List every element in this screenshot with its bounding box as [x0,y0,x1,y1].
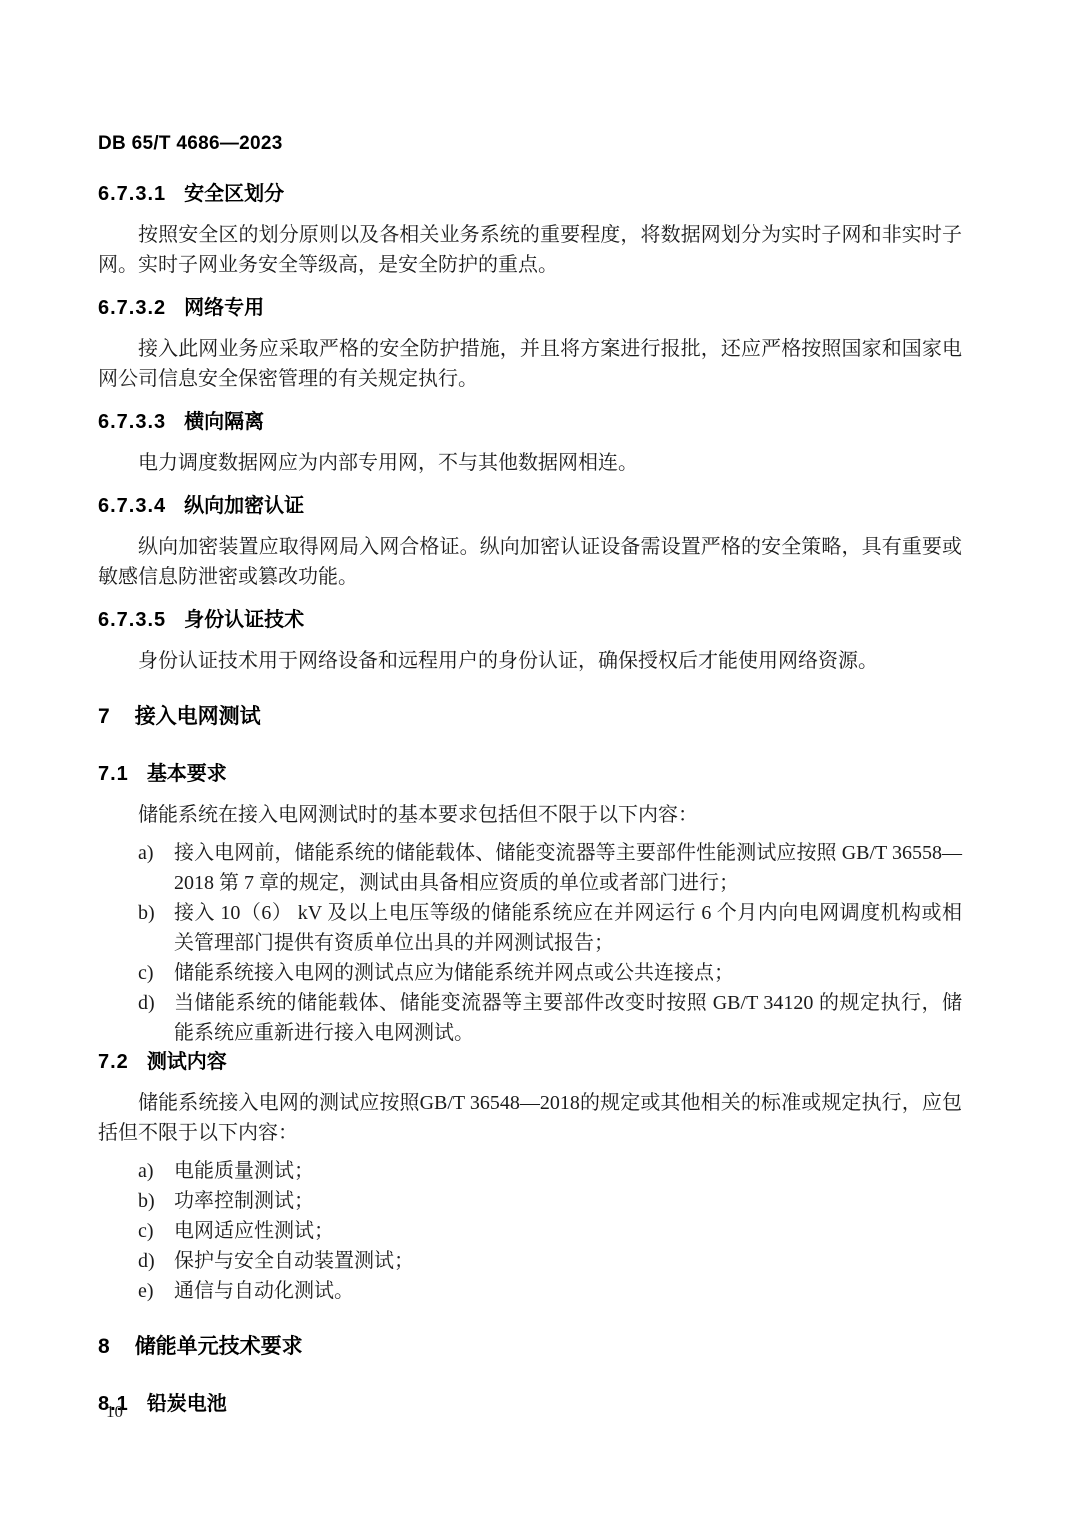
section-paragraph-6-7-3-2: 接入此网业务应采取严格的安全防护措施，并且将方案进行报批，还应严格按照国家和国家… [98,334,962,394]
chapter-title: 储能单元技术要求 [135,1334,303,1360]
section-title: 基本要求 [147,762,227,786]
page-number: 10 [106,1402,123,1422]
list-item-label: e) [138,1276,174,1306]
section-title: 纵向加密认证 [184,494,304,518]
list-item-text: 储能系统接入电网的测试点应为储能系统并网点或公共连接点； [174,958,962,988]
section-title: 横向隔离 [184,410,264,434]
document-header: DB 65/T 4686—2023 [98,132,962,156]
section-intro-7-1: 储能系统在接入电网测试时的基本要求包括但不限于以下内容： [98,800,962,830]
section-heading-6-7-3-3: 6.7.3.3 横向隔离 [98,410,962,434]
section-paragraph-6-7-3-3: 电力调度数据网应为内部专用网，不与其他数据网相连。 [98,448,962,478]
section-paragraph-6-7-3-4: 纵向加密装置应取得网局入网合格证。纵向加密认证设备需设置严格的安全策略，具有重要… [98,532,962,592]
section-number: 6.7.3.4 [98,494,166,518]
list-item-label: b) [138,898,174,958]
list-item-label: a) [138,1156,174,1186]
list-item-text: 当储能系统的储能载体、储能变流器等主要部件改变时按照 GB/T 34120 的规… [174,988,962,1048]
section-number: 7.1 [98,762,129,786]
ordered-list-7-2: a) 电能质量测试； b) 功率控制测试； c) 电网适应性测试； d) 保护与… [138,1156,962,1306]
chapter-title: 接入电网测试 [135,704,261,730]
list-item: d) 当储能系统的储能载体、储能变流器等主要部件改变时按照 GB/T 34120… [138,988,962,1048]
list-item-text: 接入 10（6） kV 及以上电压等级的储能系统应在并网运行 6 个月内向电网调… [174,898,962,958]
list-item-text: 接入电网前，储能系统的储能载体、储能变流器等主要部件性能测试应按照 GB/T 3… [174,838,962,898]
list-item: d) 保护与安全自动装置测试； [138,1246,962,1276]
list-item-text: 功率控制测试； [174,1186,962,1216]
list-item: b) 功率控制测试； [138,1186,962,1216]
section-title: 身份认证技术 [184,608,304,632]
list-item-label: a) [138,838,174,898]
section-heading-6-7-3-1: 6.7.3.1 安全区划分 [98,182,962,206]
ordered-list-7-1: a) 接入电网前，储能系统的储能载体、储能变流器等主要部件性能测试应按照 GB/… [138,838,962,1048]
list-item-label: d) [138,988,174,1048]
section-paragraph-6-7-3-1: 按照安全区的划分原则以及各相关业务系统的重要程度，将数据网划分为实时子网和非实时… [98,220,962,280]
chapter-heading-8: 8 储能单元技术要求 [98,1334,962,1360]
section-title: 网络专用 [184,296,264,320]
list-item: a) 接入电网前，储能系统的储能载体、储能变流器等主要部件性能测试应按照 GB/… [138,838,962,898]
list-item-label: c) [138,958,174,988]
section-number: 6.7.3.5 [98,608,166,632]
section-heading-6-7-3-5: 6.7.3.5 身份认证技术 [98,608,962,632]
section-number: 6.7.3.3 [98,410,166,434]
section-title: 安全区划分 [184,182,284,206]
list-item-label: b) [138,1186,174,1216]
section-heading-6-7-3-4: 6.7.3.4 纵向加密认证 [98,494,962,518]
section-number: 6.7.3.2 [98,296,166,320]
standard-number: DB 65/T 4686—2023 [98,133,283,154]
section-paragraph-6-7-3-5: 身份认证技术用于网络设备和远程用户的身份认证，确保授权后才能使用网络资源。 [98,646,962,676]
section-title: 铅炭电池 [147,1392,227,1416]
chapter-number: 7 [98,704,111,730]
list-item: a) 电能质量测试； [138,1156,962,1186]
document-page: DB 65/T 4686—2023 6.7.3.1 安全区划分 按照安全区的划分… [0,0,1080,1528]
list-item: c) 储能系统接入电网的测试点应为储能系统并网点或公共连接点； [138,958,962,988]
section-heading-8-1: 8.1 铅炭电池 [98,1392,962,1416]
list-item-text: 电网适应性测试； [174,1216,962,1246]
section-number: 7.2 [98,1050,129,1074]
list-item: b) 接入 10（6） kV 及以上电压等级的储能系统应在并网运行 6 个月内向… [138,898,962,958]
section-number: 6.7.3.1 [98,182,166,206]
list-item-label: d) [138,1246,174,1276]
chapter-number: 8 [98,1334,111,1360]
list-item: c) 电网适应性测试； [138,1216,962,1246]
section-heading-7-2: 7.2 测试内容 [98,1050,962,1074]
chapter-heading-7: 7 接入电网测试 [98,704,962,730]
list-item-label: c) [138,1216,174,1246]
section-title: 测试内容 [147,1050,227,1074]
list-item: e) 通信与自动化测试。 [138,1276,962,1306]
section-heading-6-7-3-2: 6.7.3.2 网络专用 [98,296,962,320]
section-intro-7-2: 储能系统接入电网的测试应按照GB/T 36548—2018的规定或其他相关的标准… [98,1088,962,1148]
list-item-text: 电能质量测试； [174,1156,962,1186]
section-heading-7-1: 7.1 基本要求 [98,762,962,786]
list-item-text: 保护与安全自动装置测试； [174,1246,962,1276]
list-item-text: 通信与自动化测试。 [174,1276,962,1306]
